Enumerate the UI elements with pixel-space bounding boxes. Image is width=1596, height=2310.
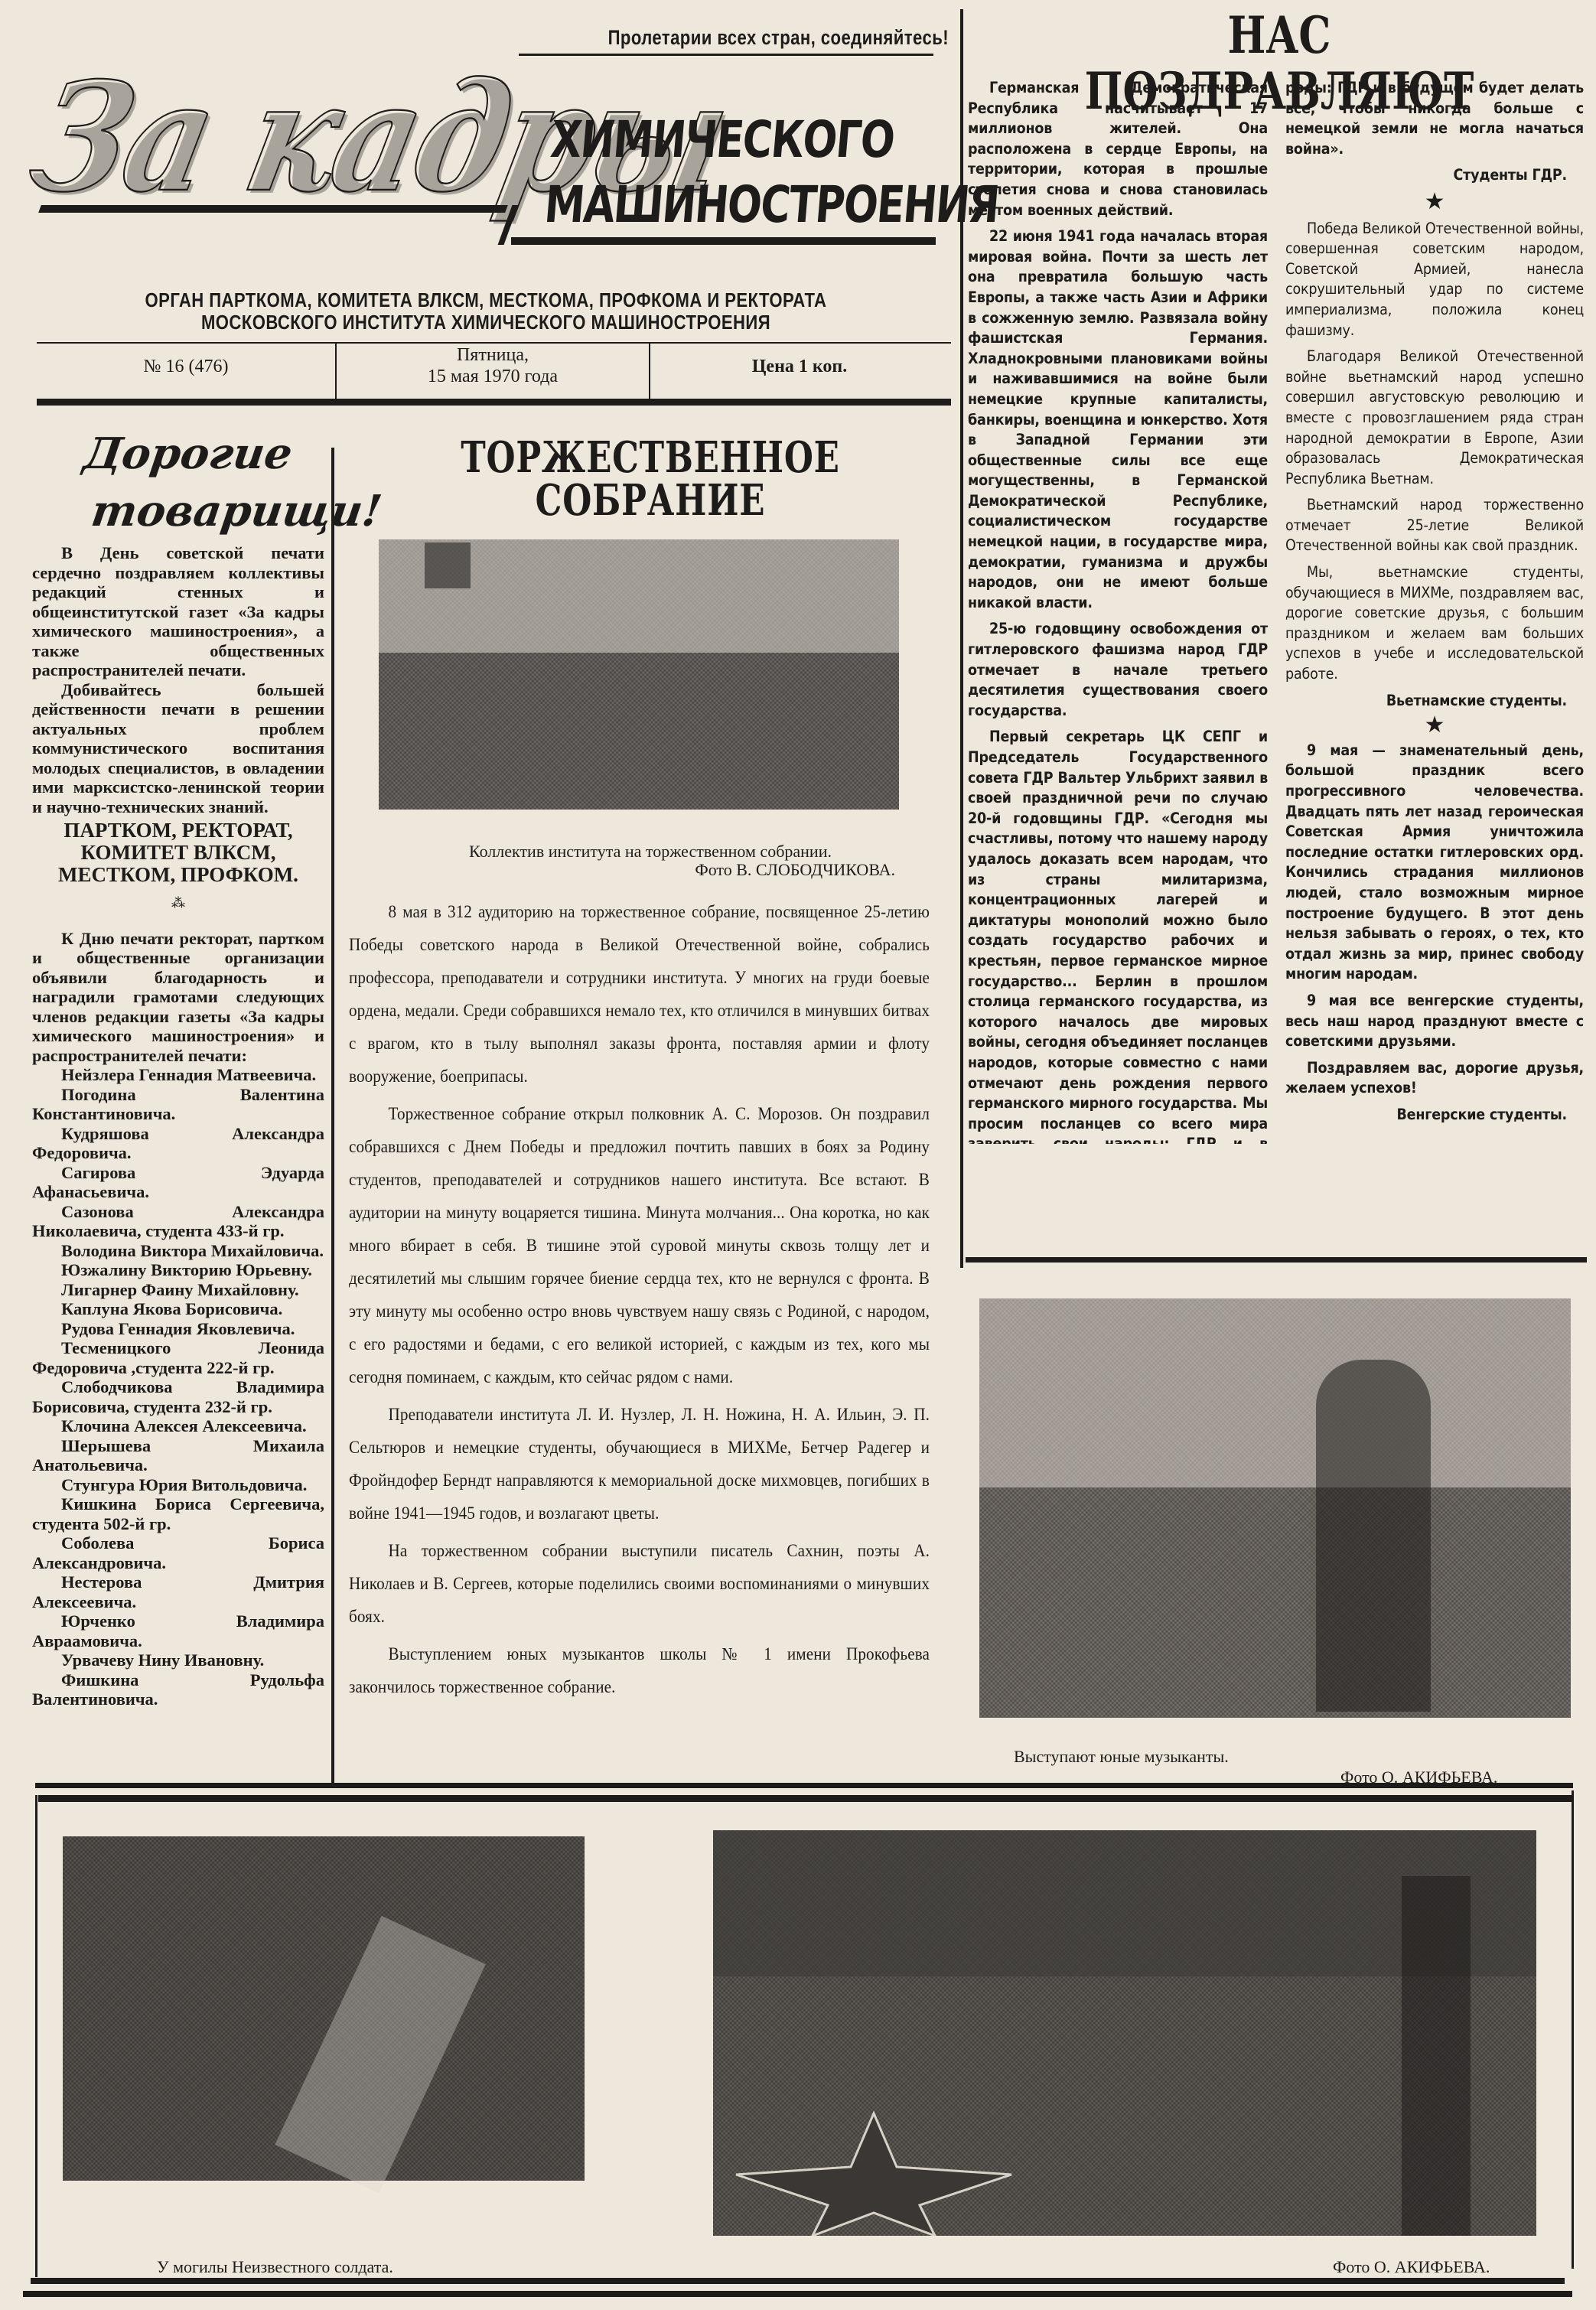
awardee-name: Нейзлера Геннадия Матвеевича. [32, 1065, 324, 1085]
vietnam-paragraph: Благодаря Великой Отечественной войне вь… [1285, 347, 1584, 489]
awardee-name: Рудова Геннадия Яковлевича. [32, 1319, 324, 1339]
issue-number: № 16 (476) [37, 356, 335, 377]
awardee-list: Нейзлера Геннадия Матвеевича. Погодина В… [32, 1065, 324, 1709]
masthead-organ: ОРГАН ПАРТКОМА, КОМИТЕТА ВЛКСМ, МЕСТКОМА… [112, 289, 860, 334]
vietnam-paragraph: Вьетнамский народ торжественно отмечает … [1285, 495, 1584, 556]
musicians-photo-caption: Выступают юные музыканты. [1014, 1747, 1229, 1767]
awardee-name: Каплуна Якова Борисовича. [32, 1299, 324, 1319]
organ-line2: МОСКОВСКОГО ИНСТИТУТА ХИМИЧЕСКОГО МАШИНО… [112, 311, 860, 334]
tomb-photo-caption: У могилы Неизвестного солдата. [157, 2257, 393, 2277]
separator-asterism-icon: ⁂ [32, 894, 324, 914]
hungary-signature: Венгерские студенты. [1285, 1105, 1584, 1126]
hungary-paragraph: 9 мая все венгерские студенты, весь наш … [1285, 991, 1584, 1052]
gdr-paragraph: Первый секретарь ЦК СЕПГ и Председатель … [968, 727, 1268, 1144]
photo-portrait [425, 542, 471, 588]
masthead-title-line2: МАШИНОСТРОЕНИЯ [542, 180, 1000, 230]
vietnam-paragraph: Мы, вьетнамские студенты, обучающиеся в … [1285, 562, 1584, 685]
hungary-paragraph: 9 мая — знаменательный день, большой пра… [1285, 741, 1584, 985]
awardee-name: Слободчикова Владимира Борисовича, студе… [32, 1377, 324, 1416]
awardee-name: Юзжалину Викторию Юрьевну. [32, 1260, 324, 1280]
left-column-right-border [331, 448, 334, 1787]
masthead-slogan: Пролетарии всех стран, соединяйтесь! [598, 26, 949, 50]
vietnam-paragraph: Победа Великой Отечественной войны, сове… [1285, 219, 1584, 341]
gdr-paragraph-continued: роды: ГДР и в будущем будет делать все, … [1285, 78, 1584, 159]
eternal-flame-photo [713, 1830, 1536, 2236]
gdr-signature: Студенты ГДР. [1285, 165, 1584, 186]
awardee-name: Стунгура Юрия Витольдовича. [32, 1475, 324, 1495]
masthead-thin-rule [37, 342, 951, 344]
tomb-crowd-photo [63, 1836, 585, 2181]
vietnam-signature: Вьетнамские студенты. [1285, 691, 1584, 712]
center-paragraph: На торжественном собрании выступили писа… [349, 1534, 930, 1633]
center-paragraph: Преподаватели института Л. И. Нузлер, Л.… [349, 1398, 930, 1530]
gdr-paragraph: 25-ю годовщину освобождения от гитлеровс… [968, 619, 1268, 721]
awardee-name: Сагирова Эдуарда Афанасьевича. [32, 1163, 324, 1202]
right-section-bottom-rule [966, 1257, 1587, 1263]
left-paragraph: Добивайтесь большей действенности печати… [32, 680, 324, 817]
awardee-name: Клочина Алексея Алексеевича. [32, 1416, 324, 1436]
masthead-thick-rule [37, 399, 951, 406]
photo-conductor [1316, 1360, 1431, 1712]
awardee-name: Погодина Валентина Константиновича. [32, 1085, 324, 1124]
bottom-frame-left-border [35, 1795, 37, 2277]
awardee-name: Сазонова Александра Николаевича, студент… [32, 1202, 324, 1241]
awardee-name: Юрченко Владимира Авраамовича. [32, 1611, 324, 1650]
awardee-name: Нестерова Дмитрия Алексеевича. [32, 1572, 324, 1611]
awardee-name: Соболева Бориса Александровича. [32, 1533, 324, 1572]
title-swoosh-left [38, 205, 508, 213]
left-heading-line2: товарищи! [89, 490, 384, 533]
center-paragraph: 8 мая в 312 аудиторию на торжественное с… [349, 895, 930, 1093]
center-paragraph: Торжественное собрание открыл полковник … [349, 1097, 930, 1393]
left-column-body: В День советской печати сердечно поздрав… [32, 543, 324, 1709]
title-swoosh-right [511, 237, 936, 245]
star-separator-icon: ★ [1285, 715, 1584, 736]
left-signature: ПАРТКОМ, РЕКТОРАТ, КОМИТЕТ ВЛКСМ, МЕСТКО… [32, 819, 324, 886]
photo-flowers [275, 1916, 485, 2193]
right-section-left-border [960, 9, 963, 1268]
hungary-paragraph: Поздравляем вас, дорогие друзья, желаем … [1285, 1058, 1584, 1099]
bottom-frame-bottom-rule-1 [31, 2278, 1565, 2284]
assembly-photo-credit: Фото В. СЛОБОДЧИКОВА. [566, 860, 895, 880]
awardee-name: Шерышева Михаила Анатольевича. [32, 1436, 324, 1475]
bottom-frame-right-border [1572, 1790, 1574, 2269]
bottom-frame-top-rule-1 [35, 1783, 1573, 1788]
photo-honor-guard [1402, 1876, 1471, 2236]
awardee-name: Фишкина Рудольфа Валентиновича. [32, 1670, 324, 1709]
photo-wall [979, 1298, 1571, 1487]
awardee-name: Лигарнер Фаину Михайловну. [32, 1280, 324, 1300]
center-headline: ТОРЖЕСТВЕННОЕ СОБРАНИЕ [435, 436, 865, 522]
center-article-body: 8 мая в 312 аудиторию на торжественное с… [349, 895, 930, 1708]
assembly-photo-caption: Коллектив института на торжественном соб… [413, 842, 888, 862]
gdr-paragraph: Германская Демократическая Республика на… [968, 78, 1268, 220]
center-paragraph: Выступлением юных музыкантов школы № 1 и… [349, 1637, 930, 1703]
awardee-name: Кудряшова Александра Федоровича. [32, 1124, 324, 1163]
bottom-frame-bottom-rule-2 [23, 2291, 1572, 2297]
gdr-paragraph: 22 июня 1941 года началась вторая мирова… [968, 226, 1268, 613]
issue-date: 15 мая 1970 года [337, 366, 649, 387]
issue-date-block: Пятница, 15 мая 1970 года [337, 344, 649, 387]
awardee-name: Урвачеву Нину Ивановну. [32, 1650, 324, 1670]
masthead-title-line1: ХИМИЧЕСКОГО [549, 115, 896, 165]
bottom-photo-credit: Фото О. АКИФЬЕВА. [1333, 2257, 1490, 2277]
left-heading-line1: Дорогие [81, 432, 295, 475]
awardee-name: Володина Виктора Михайловича. [32, 1241, 324, 1261]
issue-price: Цена 1 коп. [650, 356, 949, 377]
eternal-flame-star-icon [721, 2083, 1027, 2236]
awardee-name: Кишкина Бориса Сергеевича, студента 502-… [32, 1494, 324, 1533]
awardee-name: Тесменицкого Леонида Федоровича ,студент… [32, 1338, 324, 1377]
musicians-photo [979, 1298, 1571, 1718]
gdr-article-col1: Германская Демократическая Республика на… [968, 78, 1268, 1150]
assembly-photo [379, 539, 899, 810]
organ-line1: ОРГАН ПАРТКОМА, КОМИТЕТА ВЛКСМ, МЕСТКОМА… [112, 289, 860, 311]
bottom-frame-top-rule-2 [38, 1795, 1573, 1802]
hungary-article: 9 мая — знаменательный день, большой пра… [1285, 741, 1584, 1126]
issue-weekday: Пятница, [337, 344, 649, 366]
left-paragraph: В День советской печати сердечно поздрав… [32, 543, 324, 680]
star-separator-icon: ★ [1285, 192, 1584, 213]
left-intro: К Дню печати ректорат, партком и обществ… [32, 929, 324, 1066]
right-column-2: роды: ГДР и в будущем будет делать все, … [1285, 78, 1584, 1126]
